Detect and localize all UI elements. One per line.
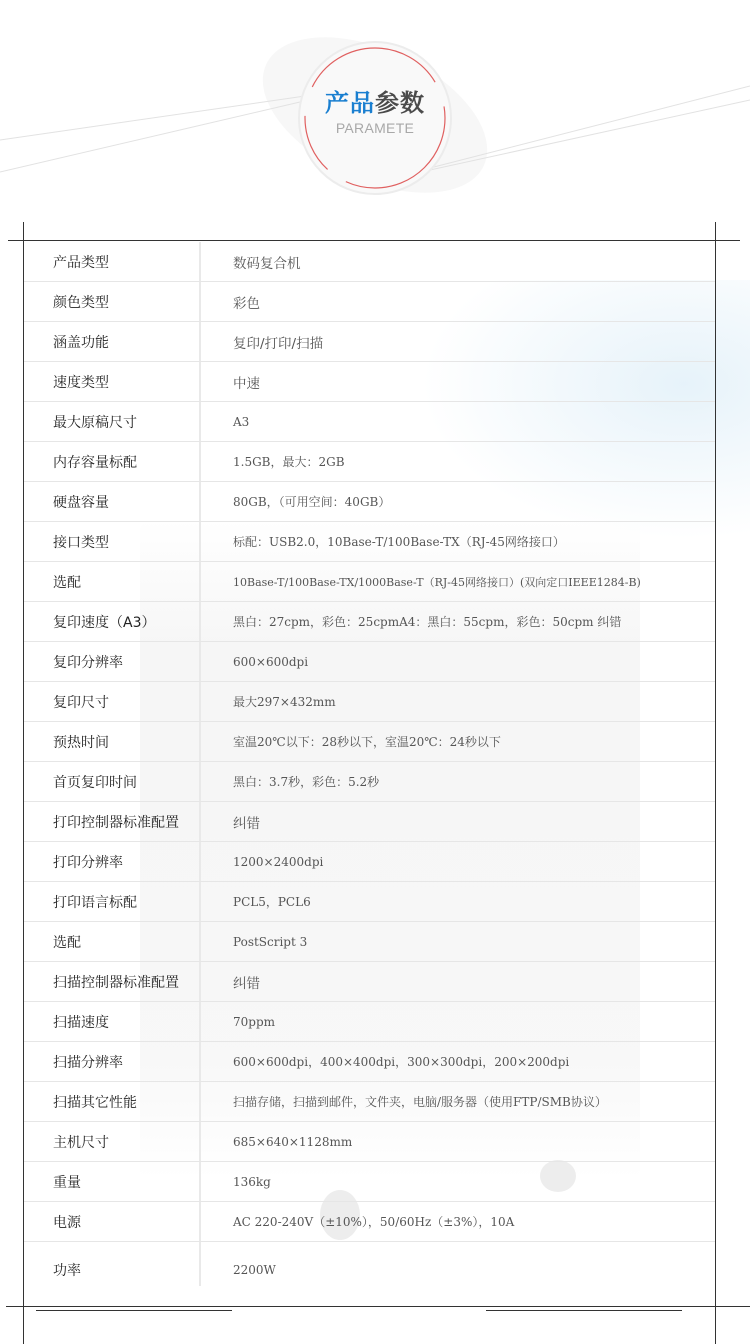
spec-label: 打印控制器标准配置 bbox=[24, 802, 201, 841]
table-row: 预热时间室温20℃以下：28秒以下，室温20℃：24秒以下 bbox=[24, 722, 715, 762]
spec-value: 彩色 bbox=[201, 292, 715, 312]
spec-label: 硬盘容量 bbox=[24, 482, 201, 521]
table-row: 速度类型中速 bbox=[24, 362, 715, 402]
table-row: 硬盘容量80GB，（可用空间：40GB） bbox=[24, 482, 715, 522]
section-header: 产品参数 PARAMETE bbox=[0, 0, 750, 220]
spec-label: 颜色类型 bbox=[24, 282, 201, 321]
table-row: 产品类型数码复合机 bbox=[24, 242, 715, 282]
table-row: 颜色类型彩色 bbox=[24, 282, 715, 322]
table-row: 扫描分辨率600×600dpi，400×400dpi，300×300dpi，20… bbox=[24, 1042, 715, 1082]
spec-label: 选配 bbox=[24, 922, 201, 961]
table-row: 复印速度（A3）黑白：27cpm，彩色：25cpmA4：黑白：55cpm，彩色：… bbox=[24, 602, 715, 642]
title-chinese: 产品参数 bbox=[300, 88, 450, 118]
spec-label: 打印分辨率 bbox=[24, 842, 201, 881]
table-row: 选配10Base-T/100Base-TX/1000Base-T（RJ-45网络… bbox=[24, 562, 715, 602]
spec-label: 重量 bbox=[24, 1162, 201, 1201]
spec-label: 电源 bbox=[24, 1202, 201, 1241]
spec-label: 速度类型 bbox=[24, 362, 201, 401]
frame-bottom-line bbox=[6, 1306, 750, 1307]
frame-bottom-underline-right bbox=[486, 1310, 682, 1311]
table-row: 扫描其它性能扫描存储，扫描到邮件，文件夹，电脑/服务器（使用FTP/SMB协议） bbox=[24, 1082, 715, 1122]
spec-value: AC 220-240V（±10%），50/60Hz（±3%），10A bbox=[201, 1213, 715, 1230]
spec-label: 预热时间 bbox=[24, 722, 201, 761]
spec-label: 产品类型 bbox=[24, 242, 201, 281]
table-row: 接口类型标配：USB2.0，10Base-T/100Base-TX（RJ-45网… bbox=[24, 522, 715, 562]
spec-value: PCL5，PCL6 bbox=[201, 893, 715, 910]
title-english: PARAMETE bbox=[300, 120, 450, 136]
table-row: 复印尺寸最大297×432mm bbox=[24, 682, 715, 722]
spec-value: PostScript 3 bbox=[201, 935, 715, 949]
spec-label: 涵盖功能 bbox=[24, 322, 201, 361]
spec-value: 黑白：27cpm，彩色：25cpmA4：黑白：55cpm，彩色：50cpm 纠错 bbox=[201, 613, 715, 630]
spec-label: 扫描控制器标准配置 bbox=[24, 962, 201, 1001]
spec-label: 扫描速度 bbox=[24, 1002, 201, 1041]
spec-label: 接口类型 bbox=[24, 522, 201, 561]
spec-label: 内存容量标配 bbox=[24, 442, 201, 481]
table-row: 打印语言标配PCL5，PCL6 bbox=[24, 882, 715, 922]
table-row: 选配PostScript 3 bbox=[24, 922, 715, 962]
table-row: 主机尺寸685×640×1128mm bbox=[24, 1122, 715, 1162]
spec-value: 数码复合机 bbox=[201, 252, 715, 272]
spec-value: 70ppm bbox=[201, 1015, 715, 1029]
table-row: 扫描速度70ppm bbox=[24, 1002, 715, 1042]
table-row: 涵盖功能复印/打印/扫描 bbox=[24, 322, 715, 362]
spec-label: 扫描分辨率 bbox=[24, 1042, 201, 1081]
spec-label: 最大原稿尺寸 bbox=[24, 402, 201, 441]
table-row: 复印分辨率600×600dpi bbox=[24, 642, 715, 682]
spec-value: 中速 bbox=[201, 372, 715, 392]
spec-value: 10Base-T/100Base-TX/1000Base-T（RJ-45网络接口… bbox=[201, 574, 715, 590]
spec-value: 2200W bbox=[201, 1251, 715, 1277]
table-row: 首页复印时间黑白：3.7秒，彩色：5.2秒 bbox=[24, 762, 715, 802]
spec-label: 复印尺寸 bbox=[24, 682, 201, 721]
title-part-blue: 产品 bbox=[325, 89, 375, 117]
spec-value: 标配：USB2.0，10Base-T/100Base-TX（RJ-45网络接口） bbox=[201, 533, 715, 550]
spec-table: 产品类型数码复合机 颜色类型彩色 涵盖功能复印/打印/扫描 速度类型中速 最大原… bbox=[24, 242, 715, 1286]
spec-value: 1.5GB，最大：2GB bbox=[201, 453, 715, 470]
spec-value: 纠错 bbox=[201, 972, 715, 992]
spec-value: 136kg bbox=[201, 1175, 715, 1189]
table-row: 打印控制器标准配置纠错 bbox=[24, 802, 715, 842]
spec-label: 复印分辨率 bbox=[24, 642, 201, 681]
spec-label: 扫描其它性能 bbox=[24, 1082, 201, 1121]
spec-label: 主机尺寸 bbox=[24, 1122, 201, 1161]
spec-value: 80GB，（可用空间：40GB） bbox=[201, 493, 715, 510]
spec-value: 扫描存储，扫描到邮件，文件夹，电脑/服务器（使用FTP/SMB协议） bbox=[201, 1093, 715, 1110]
frame-bottom-underline-left bbox=[36, 1310, 232, 1311]
spec-label: 选配 bbox=[24, 562, 201, 601]
spec-label: 首页复印时间 bbox=[24, 762, 201, 801]
spec-value: 600×600dpi bbox=[201, 655, 715, 669]
spec-value: A3 bbox=[201, 415, 715, 429]
table-row: 打印分辨率1200×2400dpi bbox=[24, 842, 715, 882]
title-part-gray: 参数 bbox=[375, 89, 425, 117]
table-row: 功率2200W bbox=[24, 1242, 715, 1286]
section-title: 产品参数 PARAMETE bbox=[300, 88, 450, 136]
spec-value: 600×600dpi，400×400dpi，300×300dpi，200×200… bbox=[201, 1053, 715, 1070]
table-row: 扫描控制器标准配置纠错 bbox=[24, 962, 715, 1002]
spec-value: 复印/打印/扫描 bbox=[201, 332, 715, 352]
spec-label: 打印语言标配 bbox=[24, 882, 201, 921]
table-row: 内存容量标配1.5GB，最大：2GB bbox=[24, 442, 715, 482]
spec-value: 685×640×1128mm bbox=[201, 1135, 715, 1149]
spec-value: 1200×2400dpi bbox=[201, 855, 715, 869]
spec-value: 黑白：3.7秒，彩色：5.2秒 bbox=[201, 773, 715, 790]
spec-label: 复印速度（A3） bbox=[24, 602, 201, 641]
table-row: 最大原稿尺寸A3 bbox=[24, 402, 715, 442]
frame-top-line bbox=[8, 240, 740, 241]
frame-right-line bbox=[715, 222, 716, 1344]
table-row: 电源AC 220-240V（±10%），50/60Hz（±3%），10A bbox=[24, 1202, 715, 1242]
table-row: 重量136kg bbox=[24, 1162, 715, 1202]
spec-value: 室温20℃以下：28秒以下，室温20℃：24秒以下 bbox=[201, 733, 715, 750]
spec-value: 最大297×432mm bbox=[201, 693, 715, 710]
spec-label: 功率 bbox=[24, 1242, 201, 1286]
spec-value: 纠错 bbox=[201, 812, 715, 832]
